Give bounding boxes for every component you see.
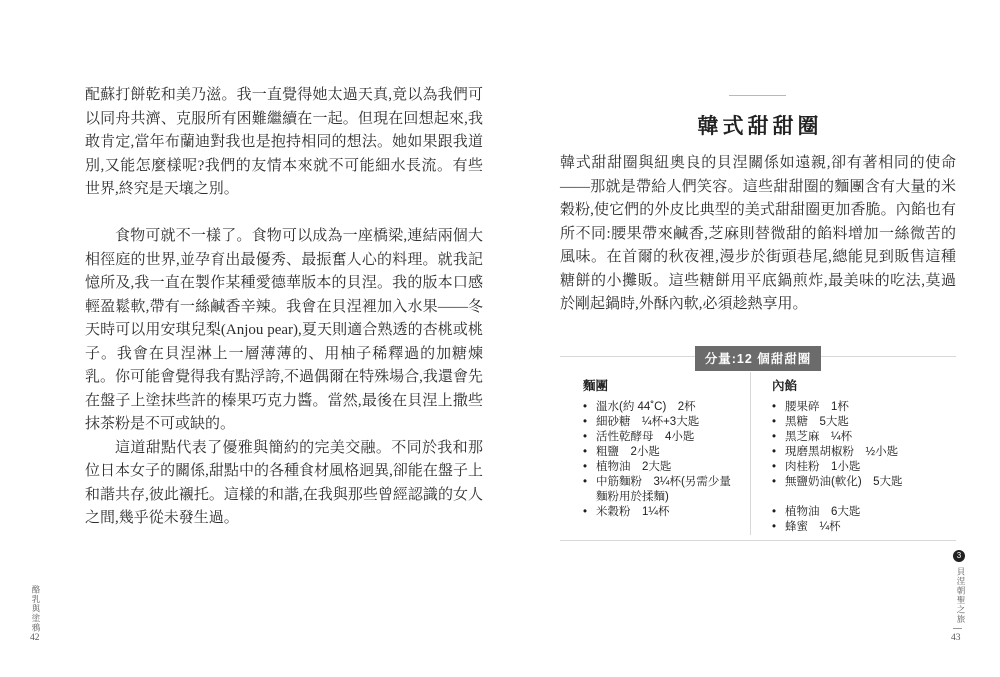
recipe-box-bottom-rule bbox=[560, 540, 956, 541]
ingredient-item: •黑糖 5大匙 bbox=[772, 415, 955, 430]
bullet-icon: • bbox=[772, 475, 785, 490]
ingredient-text: 肉桂粉 1小匙 bbox=[785, 460, 955, 475]
ingredient-group-dough: 麵團 •溫水(約 44˚C) 2杯 •細砂糖 ¼杯+3大匙 •活性乾酵母 4小匙… bbox=[583, 376, 741, 520]
ingredient-item: •現磨黑胡椒粉 ½小匙 bbox=[772, 445, 955, 460]
bullet-icon: • bbox=[772, 415, 785, 430]
ingredient-text: 植物油 2大匙 bbox=[596, 460, 741, 475]
ingredient-text: 米穀粉 1¼杯 bbox=[596, 505, 741, 520]
chapter-spine-title: 貝涅朝聖之旅 bbox=[955, 567, 967, 624]
bullet-icon: • bbox=[583, 475, 596, 505]
ingredient-text: 溫水(約 44˚C) 2杯 bbox=[596, 400, 741, 415]
page-number-right: 43 bbox=[951, 633, 961, 643]
yield-badge-row: 分量:12 個甜甜圈 bbox=[560, 346, 956, 371]
bullet-icon: • bbox=[772, 430, 785, 445]
ingredient-text: 無鹽奶油(軟化) 5大匙 bbox=[785, 475, 955, 490]
paragraph: 這道甜點代表了優雅與簡約的完美交融。不同於我和那位日本女子的關係,甜點中的各種食… bbox=[85, 437, 483, 531]
ingredient-item: •蜂蜜 ¼杯 bbox=[772, 520, 955, 535]
bullet-icon: • bbox=[772, 505, 785, 520]
bullet-icon: • bbox=[583, 460, 596, 475]
ingredient-text: 黑糖 5大匙 bbox=[785, 415, 955, 430]
bullet-icon: • bbox=[583, 415, 596, 430]
bullet-icon: • bbox=[583, 430, 596, 445]
ingredient-group-filling: 內餡 •腰果碎 1杯 •黑糖 5大匙 •黑芝麻 ¼杯 •現磨黑胡椒粉 ½小匙 •… bbox=[772, 376, 955, 535]
ingredient-item: •植物油 2大匙 bbox=[583, 460, 741, 475]
bullet-icon: • bbox=[772, 445, 785, 460]
recipe-intro: 韓式甜甜圈與紐奧良的貝涅關係如遠親,卻有著相同的使命——那就是帶給人們笑容。這些… bbox=[560, 152, 956, 317]
ingredient-item: •黑芝麻 ¼杯 bbox=[772, 430, 955, 445]
ingredient-item: •溫水(約 44˚C) 2杯 bbox=[583, 400, 741, 415]
bullet-icon: • bbox=[772, 460, 785, 475]
ingredient-text: 植物油 6大匙 bbox=[785, 505, 955, 520]
bullet-icon: • bbox=[583, 505, 596, 520]
ingredient-text: 中筋麵粉 3¼杯(另需少量麵粉用於揉麵) bbox=[596, 475, 741, 505]
ingredient-text: 活性乾酵母 4小匙 bbox=[596, 430, 741, 445]
yield-badge: 分量:12 個甜甜圈 bbox=[695, 346, 822, 371]
ingredient-text: 細砂糖 ¼杯+3大匙 bbox=[596, 415, 741, 430]
ingredient-item: •中筋麵粉 3¼杯(另需少量麵粉用於揉麵) bbox=[583, 475, 741, 505]
ingredient-item: •無鹽奶油(軟化) 5大匙 bbox=[772, 475, 955, 490]
ingredient-text: 腰果碎 1杯 bbox=[785, 400, 955, 415]
ingredient-group-header: 麵團 bbox=[583, 376, 741, 394]
ingredient-item: •細砂糖 ¼杯+3大匙 bbox=[583, 415, 741, 430]
ingredient-item: •粗鹽 2小匙 bbox=[583, 445, 741, 460]
ingredient-text: 蜂蜜 ¼杯 bbox=[785, 520, 955, 535]
ingredient-item: •腰果碎 1杯 bbox=[772, 400, 955, 415]
ingredient-item: •活性乾酵母 4小匙 bbox=[583, 430, 741, 445]
paragraph: 食物可就不一樣了。食物可以成為一座橋梁,連結兩個大相徑庭的世界,並孕育出最優秀、… bbox=[85, 225, 483, 437]
ingredient-item: •米穀粉 1¼杯 bbox=[583, 505, 741, 520]
ingredient-text: 黑芝麻 ¼杯 bbox=[785, 430, 955, 445]
ingredient-subgroup: •植物油 6大匙 •蜂蜜 ¼杯 bbox=[772, 505, 955, 535]
book-spine-title: 酪乳與塗鴉 bbox=[30, 585, 42, 633]
chapter-number-badge: 3 bbox=[953, 550, 965, 562]
ingredient-item: •植物油 6大匙 bbox=[772, 505, 955, 520]
bullet-icon: • bbox=[583, 445, 596, 460]
ingredient-column-divider bbox=[750, 372, 751, 535]
spine-dash-rule bbox=[953, 628, 962, 629]
recipe-title: 韓式甜甜圈 bbox=[560, 110, 956, 140]
left-page-text: 配蘇打餅乾和美乃滋。我一直覺得她太過天真,竟以為我們可以同舟共濟、克服所有困難繼… bbox=[85, 84, 483, 531]
page-number-left: 42 bbox=[30, 633, 40, 643]
chapter-number: 3 bbox=[957, 551, 961, 560]
ingredient-item: •肉桂粉 1小匙 bbox=[772, 460, 955, 475]
bullet-icon: • bbox=[583, 400, 596, 415]
book-spread: 配蘇打餅乾和美乃滋。我一直覺得她太過天真,竟以為我們可以同舟共濟、克服所有困難繼… bbox=[0, 0, 1000, 677]
ingredient-text: 粗鹽 2小匙 bbox=[596, 445, 741, 460]
ingredient-text: 現磨黑胡椒粉 ½小匙 bbox=[785, 445, 955, 460]
title-ornament-rule bbox=[729, 95, 786, 96]
paragraph: 配蘇打餅乾和美乃滋。我一直覺得她太過天真,竟以為我們可以同舟共濟、克服所有困難繼… bbox=[85, 84, 483, 202]
bullet-icon: • bbox=[772, 400, 785, 415]
ingredient-group-header: 內餡 bbox=[772, 376, 955, 394]
bullet-icon: • bbox=[772, 520, 785, 535]
